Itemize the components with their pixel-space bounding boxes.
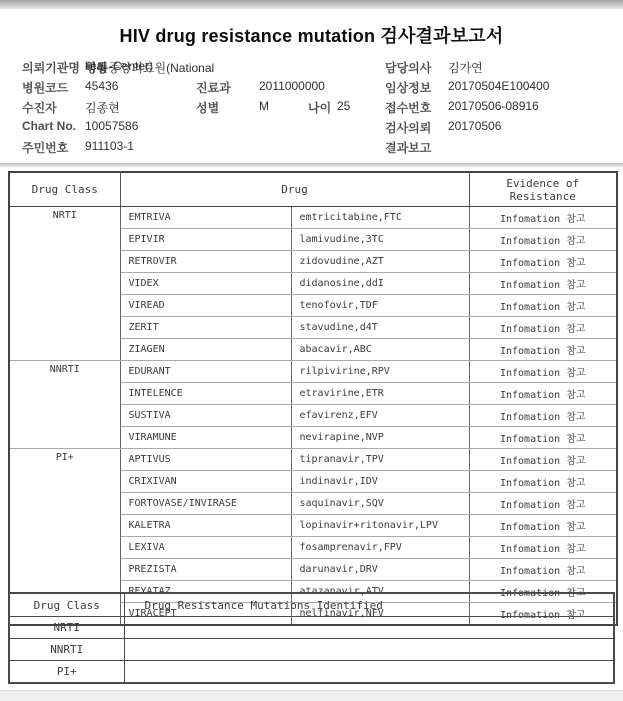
receipt-no-label: 접수번호 <box>385 99 431 116</box>
mutation-drug-class-cell: NRTI <box>9 617 124 639</box>
drug-brand-cell: KALETRA <box>120 515 291 537</box>
drug-brand-cell: LEXIVA <box>120 537 291 559</box>
page-bottom-bar <box>0 690 623 701</box>
drug-brand-cell: APTIVUS <box>120 449 291 471</box>
resistance-table-body: NRTIEMTRIVAemtricitabine,FTCInfomation 참… <box>9 207 617 626</box>
department-label: 진료과 <box>196 79 231 96</box>
evidence-cell: Infomation 참고 <box>469 559 617 581</box>
mutation-drug-class-cell: PI+ <box>9 661 124 684</box>
doctor-value: 김가연 <box>448 59 483 76</box>
drug-generic-cell: indinavir,IDV <box>291 471 469 493</box>
department-value: 2011000000 <box>259 79 325 93</box>
evidence-cell: Infomation 참고 <box>469 295 617 317</box>
drug-header: Drug <box>120 172 469 207</box>
evidence-cell: Infomation 참고 <box>469 383 617 405</box>
hospital-code-value: 45436 <box>85 79 118 93</box>
drug-brand-cell: ZIAGEN <box>120 339 291 361</box>
test-request-label: 검사의뢰 <box>385 119 431 136</box>
age-label: 나이 <box>308 99 331 116</box>
mutation-row: NNRTI <box>9 639 614 661</box>
mutations-identified-cell <box>124 617 614 639</box>
drug-generic-cell: rilpivirine,RPV <box>291 361 469 383</box>
drug-row: NNRTIEDURANTrilpivirine,RPVInfomation 참고 <box>9 361 617 383</box>
mutation-row: NRTI <box>9 617 614 639</box>
evidence-cell: Infomation 참고 <box>469 339 617 361</box>
evidence-cell: Infomation 참고 <box>469 427 617 449</box>
drug-brand-cell: EDURANT <box>120 361 291 383</box>
drug-brand-cell: VIRAMUNE <box>120 427 291 449</box>
drug-generic-cell: etravirine,ETR <box>291 383 469 405</box>
mutations-drug-class-header: Drug Class <box>9 593 124 617</box>
mutations-identified-cell <box>124 661 614 684</box>
drug-generic-cell: abacavir,ABC <box>291 339 469 361</box>
doctor-label: 담당의사 <box>385 59 431 76</box>
evidence-cell: Infomation 참고 <box>469 515 617 537</box>
evidence-cell: Infomation 참고 <box>469 229 617 251</box>
section-divider <box>0 163 623 167</box>
evidence-cell: Infomation 참고 <box>469 493 617 515</box>
evidence-cell: Infomation 참고 <box>469 317 617 339</box>
drug-brand-cell: INTELENCE <box>120 383 291 405</box>
mutations-table-body: NRTINNRTIPI+ <box>9 617 614 684</box>
sex-label: 성별 <box>196 99 219 116</box>
sex-value: M <box>259 99 269 113</box>
drug-row: NRTIEMTRIVAemtricitabine,FTCInfomation 참… <box>9 207 617 229</box>
drug-generic-cell: fosamprenavir,FPV <box>291 537 469 559</box>
drug-brand-cell: SUSTIVA <box>120 405 291 427</box>
drug-generic-cell: tenofovir,TDF <box>291 295 469 317</box>
drug-class-cell: NNRTI <box>9 361 120 449</box>
drug-generic-cell: lopinavir+ritonavir,LPV <box>291 515 469 537</box>
drug-brand-cell: VIDEX <box>120 273 291 295</box>
drug-brand-cell: EPIVIR <box>120 229 291 251</box>
clinical-info-value: 20170504E100400 <box>448 79 549 93</box>
drug-generic-cell: darunavir,DRV <box>291 559 469 581</box>
resident-no-label: 주민번호 <box>22 139 68 156</box>
drug-generic-cell: tipranavir,TPV <box>291 449 469 471</box>
mutations-identified-cell <box>124 639 614 661</box>
drug-generic-cell: emtricitabine,FTC <box>291 207 469 229</box>
drug-brand-cell: RETROVIR <box>120 251 291 273</box>
drug-class-cell: NRTI <box>9 207 120 361</box>
drug-generic-cell: efavirenz,EFV <box>291 405 469 427</box>
resistance-table-header-row: Drug Class Drug Evidence of Resistance <box>9 172 617 207</box>
chart-no-value: 10057586 <box>85 119 138 133</box>
org-value-post: lical -Center) <box>85 59 153 73</box>
mutations-table: Drug Class Drug Resistance Mutations Ide… <box>8 592 615 684</box>
drug-brand-cell: EMTRIVA <box>120 207 291 229</box>
drug-brand-cell: FORTOVASE/INVIRASE <box>120 493 291 515</box>
hospital-code-label: 병원코드 <box>22 79 68 96</box>
drug-resistance-table: Drug Class Drug Evidence of Resistance N… <box>8 171 618 626</box>
drug-generic-cell: stavudine,d4T <box>291 317 469 339</box>
drug-generic-cell: nevirapine,NVP <box>291 427 469 449</box>
evidence-cell: Infomation 참고 <box>469 471 617 493</box>
chart-no-label: Chart No. <box>22 119 76 133</box>
evidence-cell: Infomation 참고 <box>469 361 617 383</box>
drug-generic-cell: didanosine,ddI <box>291 273 469 295</box>
drug-row: PI+APTIVUStipranavir,TPVInfomation 참고 <box>9 449 617 471</box>
drug-generic-cell: saquinavir,SQV <box>291 493 469 515</box>
evidence-cell: Infomation 참고 <box>469 449 617 471</box>
result-report-label: 결과보고 <box>385 139 431 156</box>
mutations-table-header-row: Drug Class Drug Resistance Mutations Ide… <box>9 593 614 617</box>
clinical-info-label: 임상정보 <box>385 79 431 96</box>
mutations-identified-header: Drug Resistance Mutations Identified <box>124 593 614 617</box>
page-top-bar <box>0 0 623 9</box>
evidence-cell: Infomation 참고 <box>469 207 617 229</box>
receipt-no-value: 20170506-08916 <box>448 99 539 113</box>
drug-generic-cell: zidovudine,AZT <box>291 251 469 273</box>
page-title: HIV drug resistance mutation 검사결과보고서 <box>0 22 623 48</box>
drug-brand-cell: VIREAD <box>120 295 291 317</box>
drug-brand-cell: PREZISTA <box>120 559 291 581</box>
mutation-row: PI+ <box>9 661 614 684</box>
evidence-cell: Infomation 참고 <box>469 537 617 559</box>
evidence-cell: Infomation 참고 <box>469 405 617 427</box>
evidence-cell: Infomation 참고 <box>469 273 617 295</box>
drug-class-header: Drug Class <box>9 172 120 207</box>
evidence-cell: Infomation 참고 <box>469 251 617 273</box>
mutation-drug-class-cell: NNRTI <box>9 639 124 661</box>
evidence-header: Evidence of Resistance <box>469 172 617 207</box>
age-value: 25 <box>337 99 350 113</box>
drug-brand-cell: ZERIT <box>120 317 291 339</box>
resident-no-value: 911103-1 <box>85 139 134 153</box>
drug-brand-cell: CRIXIVAN <box>120 471 291 493</box>
patient-value: 김종현 <box>85 99 120 116</box>
patient-label: 수진자 <box>22 99 57 116</box>
test-request-value: 20170506 <box>448 119 501 133</box>
drug-generic-cell: lamivudine,3TC <box>291 229 469 251</box>
org-label: 의뢰기관명 <box>22 59 80 76</box>
